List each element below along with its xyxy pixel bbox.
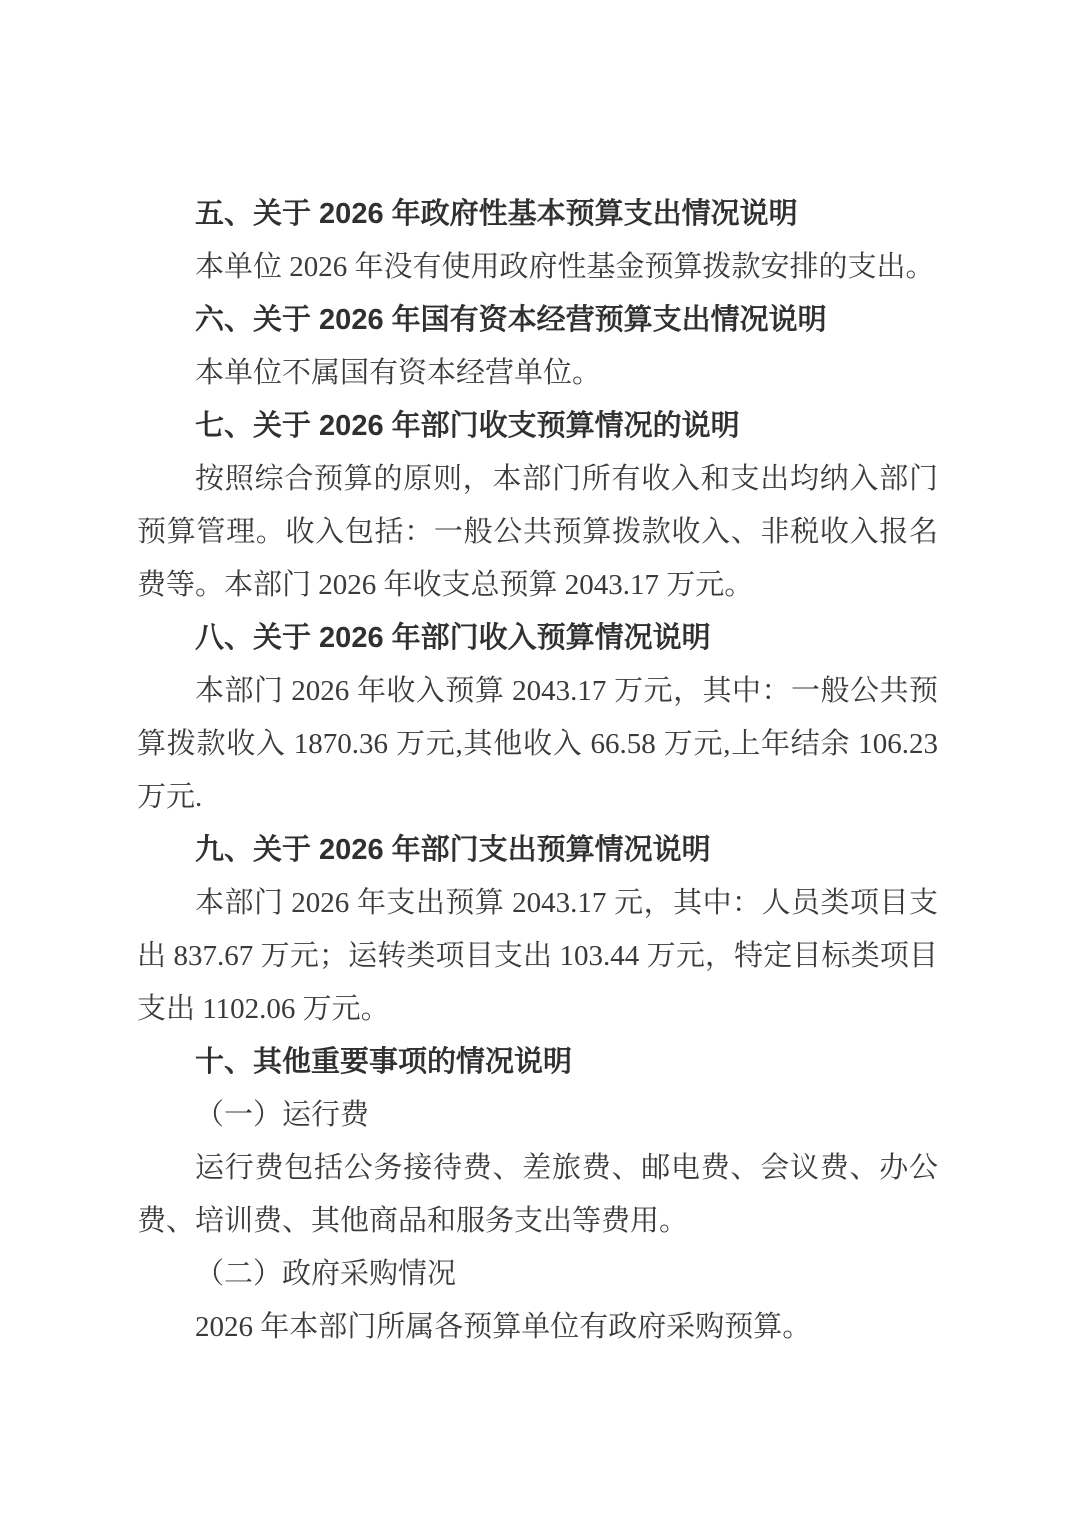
section-5-paragraph: 本单位 2026 年没有使用政府性基金预算拨款安排的支出。 [137,241,938,294]
section-9-paragraph: 本部门 2026 年支出预算 2043.17 元，其中：人员类项目支出 837.… [137,877,938,1036]
section-10-item-2-heading: （二）政府采购情况 [137,1248,938,1301]
section-8-heading: 八、关于 2026 年部门收入预算情况说明 [137,612,938,665]
document-body: 五、关于 2026 年政府性基本预算支出情况说明本单位 2026 年没有使用政府… [137,188,938,1354]
section-9-heading: 九、关于 2026 年部门支出预算情况说明 [137,824,938,877]
section-10-item-1-heading: （一）运行费 [137,1089,938,1142]
section-7-heading: 七、关于 2026 年部门收支预算情况的说明 [137,400,938,453]
section-5-heading: 五、关于 2026 年政府性基本预算支出情况说明 [137,188,938,241]
section-10-heading: 十、其他重要事项的情况说明 [137,1036,938,1089]
document-page: 五、关于 2026 年政府性基本预算支出情况说明本单位 2026 年没有使用政府… [0,0,1074,1520]
section-8-paragraph: 本部门 2026 年收入预算 2043.17 万元，其中：一般公共预算拨款收入 … [137,665,938,824]
section-7-paragraph: 按照综合预算的原则，本部门所有收入和支出均纳入部门预算管理。收入包括：一般公共预… [137,453,938,612]
section-6-paragraph: 本单位不属国有资本经营单位。 [137,347,938,400]
section-10-item-1-paragraph: 运行费包括公务接待费、差旅费、邮电费、会议费、办公费、培训费、其他商品和服务支出… [137,1142,938,1248]
section-10-item-2-paragraph: 2026 年本部门所属各预算单位有政府采购预算。 [137,1301,938,1354]
section-6-heading: 六、关于 2026 年国有资本经营预算支出情况说明 [137,294,938,347]
